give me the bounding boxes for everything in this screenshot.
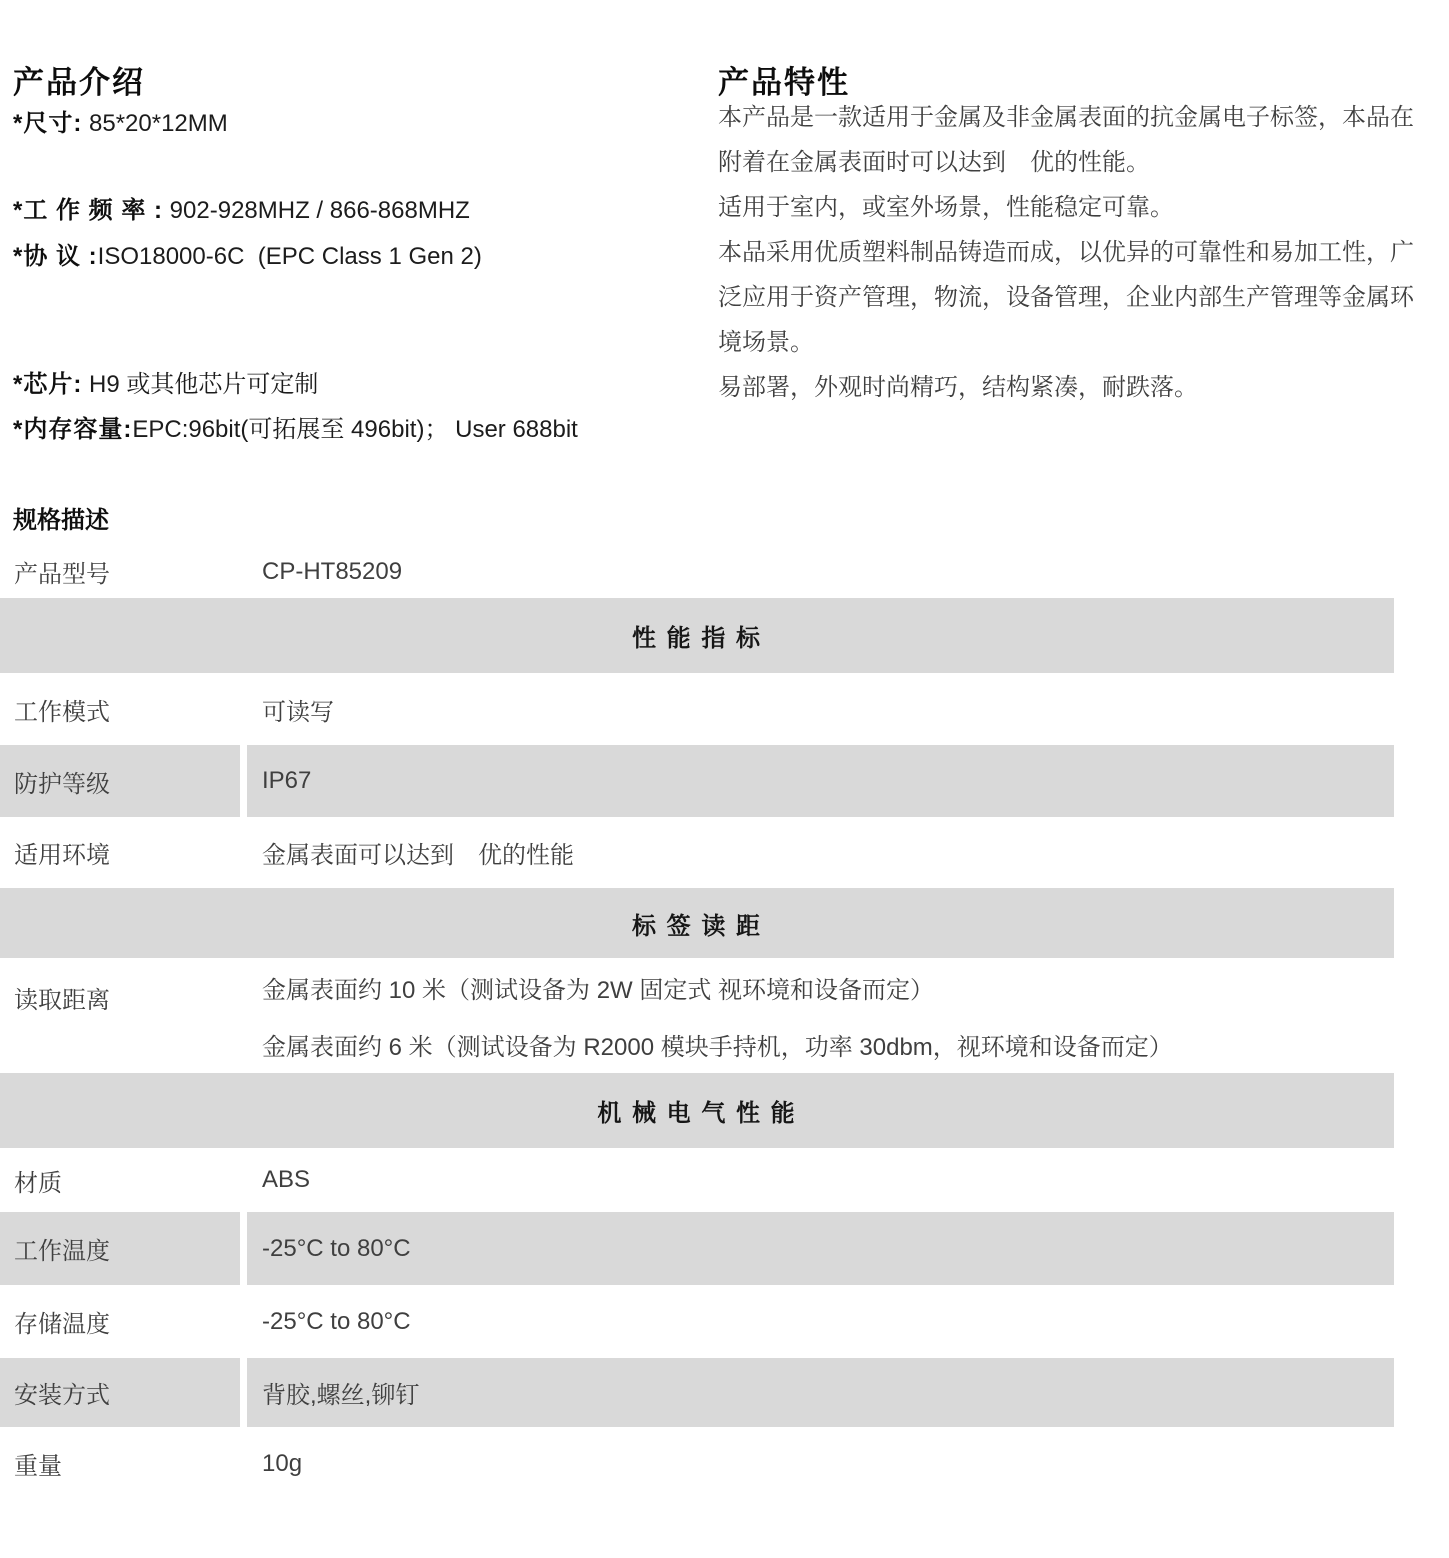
row-label: 工作模式 bbox=[0, 673, 240, 745]
row-value: CP-HT85209 bbox=[247, 545, 1394, 598]
row-label: 存储温度 bbox=[0, 1285, 240, 1358]
spec-line-frequency: *工 作 频 率 : 902-928MHZ / 866-868MHZ bbox=[13, 190, 470, 225]
spec-table: 产品型号 CP-HT85209 性 能 指 标 工作模式 可读写 防护等级 IP… bbox=[0, 545, 1394, 1500]
spec-value-chip: H9 或其他芯片可定制 bbox=[82, 371, 318, 398]
row-value-group: 金属表面约 10 米（测试设备为 2W 固定式 视环境和设备而定） 金属表面约 … bbox=[247, 958, 1394, 1073]
feature-line: 易部署，外观时尚精巧，结构紧凑，耐跌落。 bbox=[718, 365, 1442, 410]
spec-label-size: *尺寸: bbox=[13, 110, 82, 137]
table-row-environment: 适用环境 金属表面可以达到 优的性能 bbox=[0, 817, 1394, 888]
row-label: 产品型号 bbox=[0, 545, 240, 598]
intro-section-title: 产品介绍 bbox=[13, 57, 145, 102]
spec-line-protocol: *协 议 :ISO18000-6C (EPC Class 1 Gen 2) bbox=[13, 236, 482, 271]
row-value: 10g bbox=[247, 1427, 1394, 1500]
feature-line: 适用于室内，或室外场景，性能稳定可靠。 bbox=[718, 185, 1442, 230]
row-value: ABS bbox=[247, 1148, 1394, 1212]
row-label: 安装方式 bbox=[0, 1358, 240, 1427]
spec-line-chip: *芯片: H9 或其他芯片可定制 bbox=[13, 364, 318, 399]
spec-value-frequency: 902-928MHZ / 866-868MHZ bbox=[163, 197, 470, 224]
row-value: 背胶,螺丝,铆钉 bbox=[247, 1358, 1394, 1427]
feature-line: 本产品是一款适用于金属及非金属表面的抗金属电子标签，本品在 bbox=[718, 95, 1442, 140]
row-value: -25°C to 80°C bbox=[247, 1212, 1394, 1285]
table-row-model: 产品型号 CP-HT85209 bbox=[0, 545, 1394, 598]
table-row-working-temp: 工作温度 -25°C to 80°C bbox=[0, 1212, 1394, 1285]
row-value: IP67 bbox=[247, 745, 1394, 817]
table-row-material: 材质 ABS bbox=[0, 1148, 1394, 1212]
feature-line: 附着在金属表面时可以达到 优的性能。 bbox=[718, 140, 1442, 185]
feature-line: 境场景。 bbox=[718, 320, 1442, 365]
row-value-line2: 金属表面约 6 米（测试设备为 R2000 模块手持机，功率 30dbm，视环境… bbox=[262, 1016, 1394, 1073]
spec-label-memory: *内存容量: bbox=[13, 416, 132, 443]
table-row-work-mode: 工作模式 可读写 bbox=[0, 673, 1394, 745]
row-label: 工作温度 bbox=[0, 1212, 240, 1285]
table-row-read-distance: 读取距离 金属表面约 10 米（测试设备为 2W 固定式 视环境和设备而定） 金… bbox=[0, 958, 1394, 1073]
row-value: -25°C to 80°C bbox=[247, 1285, 1394, 1358]
spec-line-memory: *内存容量:EPC:96bit(可拓展至 496bit)； User 688bi… bbox=[13, 409, 578, 444]
section-band-mechanical: 机 械 电 气 性 能 bbox=[0, 1073, 1394, 1148]
row-label: 读取距离 bbox=[0, 958, 240, 1073]
row-value: 金属表面可以达到 优的性能 bbox=[247, 817, 1394, 888]
row-label: 材质 bbox=[0, 1148, 240, 1212]
section-band-performance: 性 能 指 标 bbox=[0, 598, 1394, 673]
spec-table-title: 规格描述 bbox=[13, 500, 109, 535]
table-row-weight: 重量 10g bbox=[0, 1427, 1394, 1500]
row-label: 防护等级 bbox=[0, 745, 240, 817]
row-label: 适用环境 bbox=[0, 817, 240, 888]
spec-value-size: 85*20*12MM bbox=[82, 110, 227, 137]
spec-label-chip: *芯片: bbox=[13, 371, 82, 398]
table-row-protection: 防护等级 IP67 bbox=[0, 745, 1394, 817]
spec-line-size: *尺寸: 85*20*12MM bbox=[13, 103, 228, 138]
feature-line: 泛应用于资产管理，物流，设备管理，企业内部生产管理等金属环 bbox=[718, 275, 1442, 320]
row-value: 可读写 bbox=[247, 673, 1394, 745]
row-label: 重量 bbox=[0, 1427, 240, 1500]
features-paragraphs: 本产品是一款适用于金属及非金属表面的抗金属电子标签，本品在 附着在金属表面时可以… bbox=[718, 95, 1442, 410]
section-band-read-range: 标 签 读 距 bbox=[0, 888, 1394, 958]
feature-line: 本品采用优质塑料制品铸造而成，以优异的可靠性和易加工性，广 bbox=[718, 230, 1442, 275]
spec-label-frequency: *工 作 频 率 : bbox=[13, 197, 163, 224]
spec-value-protocol: ISO18000-6C (EPC Class 1 Gen 2) bbox=[98, 243, 482, 270]
row-value-line1: 金属表面约 10 米（测试设备为 2W 固定式 视环境和设备而定） bbox=[262, 959, 1394, 1016]
table-row-mounting: 安装方式 背胶,螺丝,铆钉 bbox=[0, 1358, 1394, 1427]
spec-label-protocol: *协 议 : bbox=[13, 243, 98, 270]
table-row-storage-temp: 存储温度 -25°C to 80°C bbox=[0, 1285, 1394, 1358]
spec-value-memory: EPC:96bit(可拓展至 496bit)； User 688bit bbox=[132, 416, 578, 443]
